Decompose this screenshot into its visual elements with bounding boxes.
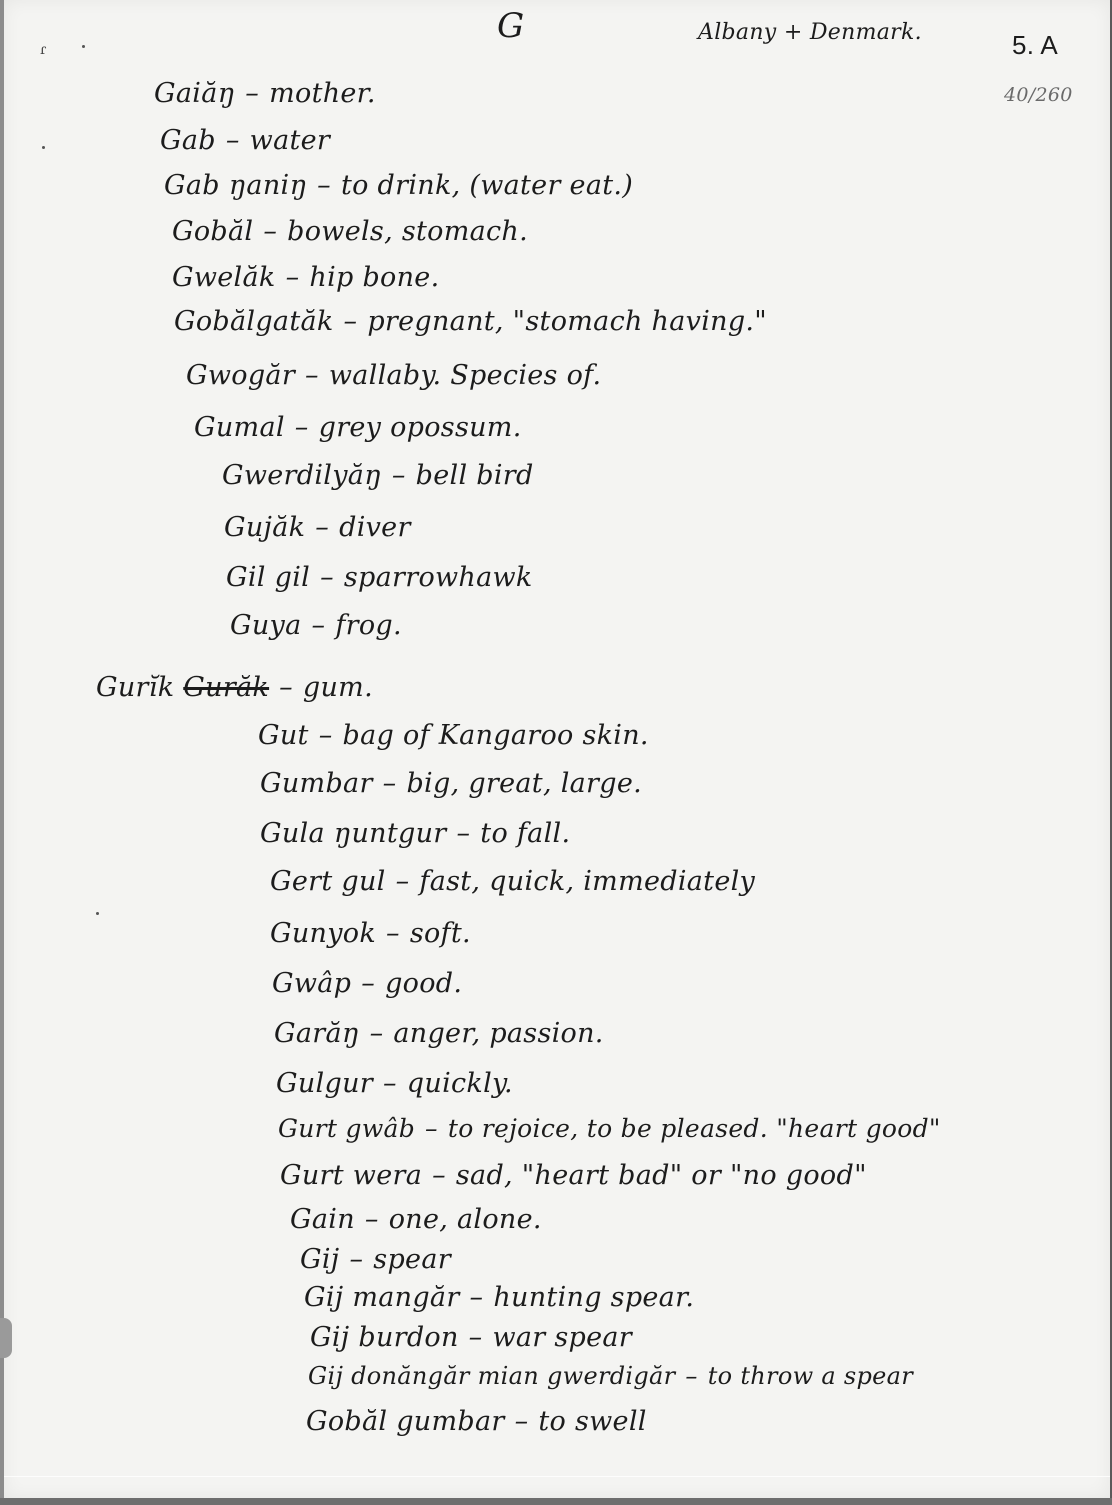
entry-term: Gurt wera xyxy=(280,1160,422,1191)
entry-term: Gil gil xyxy=(226,562,310,593)
entry: Gil gil–sparrowhawk xyxy=(226,562,533,593)
entry-term: Gwerdilyăŋ xyxy=(222,460,382,491)
entry-gloss: pregnant, "stomach having." xyxy=(367,306,767,337)
dash: – xyxy=(383,768,397,799)
scan-bottom-edge xyxy=(0,1498,1112,1505)
entry-with-correction: Gurĭk Gurăk–gum. xyxy=(96,672,373,703)
entry-gloss: bowels, stomach. xyxy=(287,216,528,247)
dash: – xyxy=(344,306,358,337)
entry-term: Gurĭk xyxy=(96,672,174,703)
entry: Gumal–grey opossum. xyxy=(194,412,522,443)
entry: Gobăl gumbar–to swell xyxy=(306,1406,647,1437)
entry-gloss: to rejoice, to be pleased. "heart good" xyxy=(448,1114,941,1143)
entry: Gunyok–soft. xyxy=(270,918,471,949)
entry: Gurt wera–sad, "heart bad" or "no good" xyxy=(280,1160,867,1191)
entry-gloss: anger, passion. xyxy=(393,1018,603,1049)
place-heading: Albany + Denmark. xyxy=(698,20,922,45)
dash: – xyxy=(425,1114,438,1143)
dash: – xyxy=(226,125,240,156)
entry-term: Garăŋ xyxy=(274,1018,360,1049)
dash: – xyxy=(361,968,375,999)
entry-term: Gula ŋuntgur xyxy=(260,818,446,849)
entry: Gumbar–big, great, large. xyxy=(260,768,642,799)
entry: Gab–water xyxy=(160,125,330,156)
entry-term: Gwogăr xyxy=(186,360,295,391)
entry-gloss: fast, quick, immediately xyxy=(419,866,755,897)
dash: – xyxy=(349,1244,363,1275)
dash: – xyxy=(295,412,309,443)
entry-gloss: wallaby. Species of. xyxy=(329,360,602,391)
dash: – xyxy=(685,1362,697,1390)
entry-term: Gwelăk xyxy=(172,262,276,293)
reference-number: 5. A xyxy=(1012,30,1058,61)
ink-speck xyxy=(96,912,99,915)
entry-gloss: spear xyxy=(373,1244,451,1275)
entry-term: Gobăl xyxy=(172,216,253,247)
entry-term: Gert gul xyxy=(270,866,386,897)
entry: Gij–spear xyxy=(300,1244,451,1275)
entry-term: Gut xyxy=(258,720,309,751)
manuscript-page: G Albany + Denmark. 5. A 40/260 ɾ Gaiăŋ–… xyxy=(4,0,1110,1498)
entry-term: Gobăl gumbar xyxy=(306,1406,505,1437)
entry-gloss: bell bird xyxy=(416,460,534,491)
entry-gloss: big, great, large. xyxy=(406,768,642,799)
dash: – xyxy=(279,672,293,703)
entry: Gujăk–diver xyxy=(224,512,411,543)
entry-term: Gij mangăr xyxy=(304,1282,460,1313)
struck-out-term: Gurăk xyxy=(183,672,269,703)
entry-gloss: gum. xyxy=(303,672,373,703)
dash: – xyxy=(383,1068,397,1099)
entry-term: Gab xyxy=(160,125,216,156)
entry: Gurt gwâb–to rejoice, to be pleased. "he… xyxy=(278,1114,941,1143)
entry-term: Gujăk xyxy=(224,512,305,543)
dash: – xyxy=(456,818,470,849)
entry-term: Gab ŋaniŋ xyxy=(164,170,307,201)
entry-term: Gaiăŋ xyxy=(154,78,235,109)
entry: Gwâp–good. xyxy=(272,968,462,999)
entry-gloss: to swell xyxy=(538,1406,646,1437)
ink-speck xyxy=(82,45,85,48)
entry-term: Gwâp xyxy=(272,968,351,999)
entry-gloss: soft. xyxy=(410,918,471,949)
dash: – xyxy=(515,1406,529,1437)
entry-gloss: war spear xyxy=(492,1322,632,1353)
entry-gloss: hunting spear. xyxy=(493,1282,694,1313)
dash: – xyxy=(319,720,333,751)
entry-term: Gij donăngăr mian gwerdigăr xyxy=(308,1362,675,1390)
entry: Gwelăk–hip bone. xyxy=(172,262,439,293)
dash: – xyxy=(245,78,259,109)
entry-gloss: diver xyxy=(339,512,411,543)
entry-gloss: one, alone. xyxy=(389,1204,542,1235)
entry-gloss: hip bone. xyxy=(309,262,439,293)
entry-gloss: to drink, (water eat.) xyxy=(341,170,633,201)
dash: – xyxy=(315,512,329,543)
entry-gloss: frog. xyxy=(335,610,402,641)
entry: Gwerdilyăŋ–bell bird xyxy=(222,460,534,491)
dash: – xyxy=(320,562,334,593)
entry-term: Gobălgatăk xyxy=(174,306,334,337)
entry: Gobălgatăk–pregnant, "stomach having." xyxy=(174,306,767,337)
entry-term: Gumal xyxy=(194,412,285,443)
dash: – xyxy=(432,1160,446,1191)
entry: Gut–bag of Kangaroo skin. xyxy=(258,720,649,751)
dash: – xyxy=(312,610,326,641)
entry-gloss: sparrowhawk xyxy=(344,562,533,593)
entry-gloss: sad, "heart bad" or "no good" xyxy=(456,1160,867,1191)
pencil-folio-number: 40/260 xyxy=(1004,84,1073,106)
entry-term: Gurt gwâb xyxy=(278,1114,415,1143)
entry: Gaiăŋ–mother. xyxy=(154,78,376,109)
entry: Gula ŋuntgur–to fall. xyxy=(260,818,570,849)
dash: – xyxy=(286,262,300,293)
entry-gloss: good. xyxy=(385,968,462,999)
entry: Gij donăngăr mian gwerdigăr–to throw a s… xyxy=(308,1362,913,1390)
entry: Gij burdon–war spear xyxy=(310,1322,632,1353)
page-edge-tear xyxy=(0,1318,12,1358)
entry: Gij mangăr–hunting spear. xyxy=(304,1282,694,1313)
dash: – xyxy=(263,216,277,247)
entry-term: Gunyok xyxy=(270,918,376,949)
section-letter: G xyxy=(497,6,524,46)
entry: Gobăl–bowels, stomach. xyxy=(172,216,528,247)
entry: Gwogăr–wallaby. Species of. xyxy=(186,360,601,391)
dash: – xyxy=(396,866,410,897)
dash: – xyxy=(386,918,400,949)
dash: – xyxy=(305,360,319,391)
entry-term: Gulgur xyxy=(276,1068,373,1099)
dash: – xyxy=(392,460,406,491)
entry-gloss: bag of Kangaroo skin. xyxy=(343,720,649,751)
margin-mark: ɾ xyxy=(40,42,46,58)
dash: – xyxy=(370,1018,384,1049)
entry: Gab ŋaniŋ–to drink, (water eat.) xyxy=(164,170,633,201)
ink-speck xyxy=(42,146,45,149)
dash: – xyxy=(469,1322,483,1353)
entry-term: Gain xyxy=(290,1204,355,1235)
entry: Gain–one, alone. xyxy=(290,1204,542,1235)
entry-gloss: quickly. xyxy=(407,1068,513,1099)
dash: – xyxy=(470,1282,484,1313)
dash: – xyxy=(365,1204,379,1235)
entry: Gert gul–fast, quick, immediately xyxy=(270,866,755,897)
entry-gloss: mother. xyxy=(269,78,376,109)
entry-term: Gij burdon xyxy=(310,1322,459,1353)
entry-gloss: to fall. xyxy=(480,818,570,849)
entry-gloss: water xyxy=(250,125,330,156)
entry-gloss: to throw a spear xyxy=(708,1362,913,1390)
entry: Gulgur–quickly. xyxy=(276,1068,513,1099)
entry: Garăŋ–anger, passion. xyxy=(274,1018,604,1049)
entry-term: Guya xyxy=(230,610,302,641)
dash: – xyxy=(317,170,331,201)
page-fold-line xyxy=(4,1476,1110,1477)
entry-term: Gumbar xyxy=(260,768,373,799)
entry: Guya–frog. xyxy=(230,610,402,641)
entry-term: Gij xyxy=(300,1244,339,1275)
entry-gloss: grey opossum. xyxy=(319,412,522,443)
